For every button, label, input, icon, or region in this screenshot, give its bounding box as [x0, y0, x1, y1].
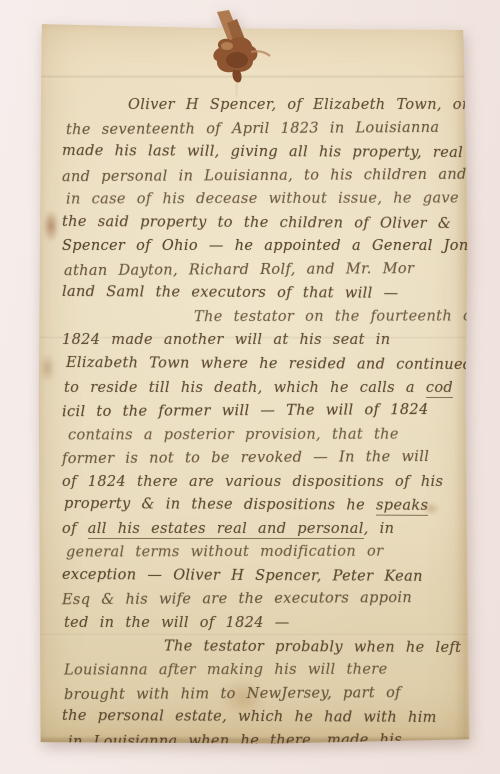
manuscript-line: The testator on the fourteenth of May: [64, 305, 462, 330]
stain-left-middle: [40, 354, 55, 382]
manuscript-line: general terms without modification or: [64, 541, 462, 566]
manuscript-paper: Oliver H Spencer, of Elizabeth Town, ont…: [38, 22, 471, 745]
manuscript-line: the personal estate, which he had with h…: [62, 705, 460, 731]
manuscript-line: 1824 made another will at his seat in: [62, 329, 460, 353]
manuscript-line: exception — Oliver H Spencer, Peter Kean: [62, 564, 460, 590]
photo-of-manuscript: Oliver H Spencer, of Elizabeth Town, ont…: [0, 0, 500, 774]
manuscript-line: Elizabeth Town where he resided and cont…: [62, 352, 460, 378]
manuscript-line: former is not to be revoked — In the wil…: [62, 446, 460, 472]
ink-stain-left-upper: [43, 210, 59, 242]
manuscript-line: ted in the will of 1824 —: [62, 612, 460, 636]
manuscript-line: The testator probably when he left: [62, 635, 460, 661]
paper-sheet-wrap: Oliver H Spencer, of Elizabeth Town, ont…: [38, 22, 471, 745]
manuscript-line: Spencer of Ohio — he appointed a General…: [62, 235, 460, 259]
manuscript-line: the said property to the children of Oli…: [62, 211, 460, 237]
underlined-text: speaks: [376, 498, 428, 516]
manuscript-line: of all his estates real and personal, in: [62, 518, 460, 542]
underlined-text: cod: [426, 380, 453, 398]
manuscript-line: brought with him to NewJersey, part of: [62, 681, 460, 707]
manuscript-line: and personal in Louisianna, to his child…: [62, 163, 460, 189]
manuscript-line: Louisianna after making his will there: [64, 659, 462, 684]
manuscript-line: the seventeenth of April 1823 in Louisia…: [62, 116, 460, 142]
manuscript-line: in case of his decease without issue, he…: [64, 188, 462, 213]
manuscript-line: of 1824 there are various dispositions o…: [62, 471, 460, 495]
manuscript-line: made his last will, giving all his prope…: [62, 140, 460, 166]
underlined-text: all his estates real and personal: [88, 521, 364, 539]
manuscript-line: Esq & his wife are the executors appoin: [62, 587, 460, 613]
manuscript-line: in Louisianna when he there, made his: [62, 729, 460, 745]
manuscript-line: to reside till his death, which he calls…: [62, 377, 460, 401]
manuscript-line: Oliver H Spencer, of Elizabeth Town, on: [62, 94, 460, 118]
manuscript-lines: Oliver H Spencer, of Elizabeth Town, ont…: [62, 94, 460, 745]
manuscript-line: athan Dayton, Richard Rolf, and Mr. Mor: [62, 258, 460, 284]
manuscript-line: land Saml the executors of that will —: [62, 281, 460, 307]
manuscript-line: property & in these dispositions he spea…: [62, 493, 460, 519]
ribbon-seal: [203, 10, 275, 92]
manuscript-line: contains a posterior provision, that the: [64, 423, 462, 448]
manuscript-line: icil to the former will — The will of 18…: [62, 399, 460, 425]
